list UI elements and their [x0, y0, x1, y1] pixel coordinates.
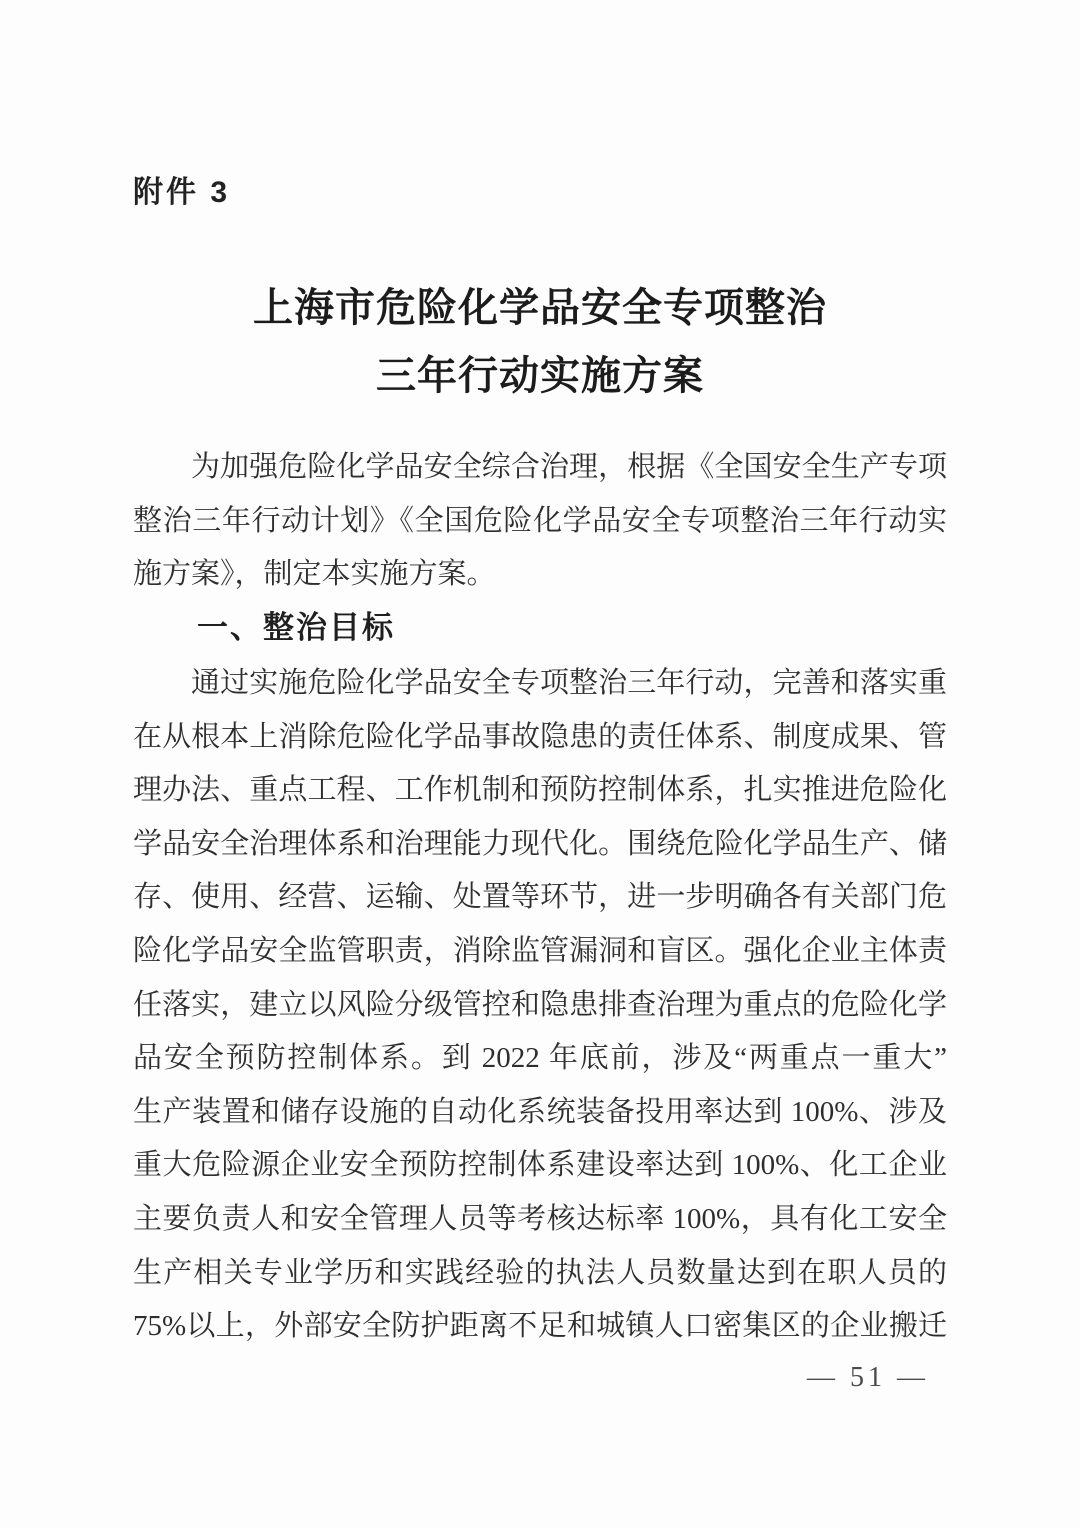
attachment-label: 附件 3 — [133, 172, 230, 214]
body-line: 险化学品安全监管职责，消除监管漏洞和盲区。强化企业主体责 — [133, 925, 947, 979]
section-heading: 一、整治目标 — [197, 601, 395, 655]
intro-line: 施方案》，制定本实施方案。 — [133, 548, 947, 602]
body-line: 学品安全治理体系和治理能力现代化。围绕危险化学品生产、储 — [133, 818, 947, 872]
section-paragraph: 通过实施危险化学品安全专项整治三年行动，完善和落实重 在从根本上消除危险化学品事… — [133, 657, 947, 1354]
body-line: 在从根本上消除危险化学品事故隐患的责任体系、制度成果、管 — [133, 711, 947, 765]
body-line: 75%以上，外部安全防护距离不足和城镇人口密集区的企业搬迁 — [133, 1300, 947, 1354]
body-line: 任落实，建立以风险分级管控和隐患排查治理为重点的危险化学 — [133, 979, 947, 1033]
intro-line: 为加强危险化学品安全综合治理，根据《全国安全生产专项 — [133, 441, 947, 495]
intro-paragraph: 为加强危险化学品安全综合治理，根据《全国安全生产专项 整治三年行动计划》《全国危… — [133, 441, 947, 602]
body-line: 品安全预防控制体系。到 2022 年底前，涉及“两重点一重大” — [133, 1032, 947, 1086]
document-page: 附件 3 上海市危险化学品安全专项整治 三年行动实施方案 为加强危险化学品安全综… — [0, 0, 1080, 1527]
document-title-line-1: 上海市危险化学品安全专项整治 — [133, 284, 947, 332]
body-line: 生产相关专业学历和实践经验的执法人员数量达到在职人员的 — [133, 1247, 947, 1301]
document-title-line-2: 三年行动实施方案 — [133, 352, 947, 400]
body-line: 重大危险源企业安全预防控制体系建设率达到 100%、化工企业 — [133, 1139, 947, 1193]
body-line: 主要负责人和安全管理人员等考核达标率 100%，具有化工安全 — [133, 1193, 947, 1247]
page-number: — 51 — — [133, 1358, 947, 1398]
body-line: 存、使用、经营、运输、处置等环节，进一步明确各有关部门危 — [133, 871, 947, 925]
intro-line: 整治三年行动计划》《全国危险化学品安全专项整治三年行动实 — [133, 495, 947, 549]
body-line: 通过实施危险化学品安全专项整治三年行动，完善和落实重 — [133, 657, 947, 711]
body-line: 生产装置和储存设施的自动化系统装备投用率达到 100%、涉及 — [133, 1086, 947, 1140]
body-line: 理办法、重点工程、工作机制和预防控制体系，扎实推进危险化 — [133, 764, 947, 818]
